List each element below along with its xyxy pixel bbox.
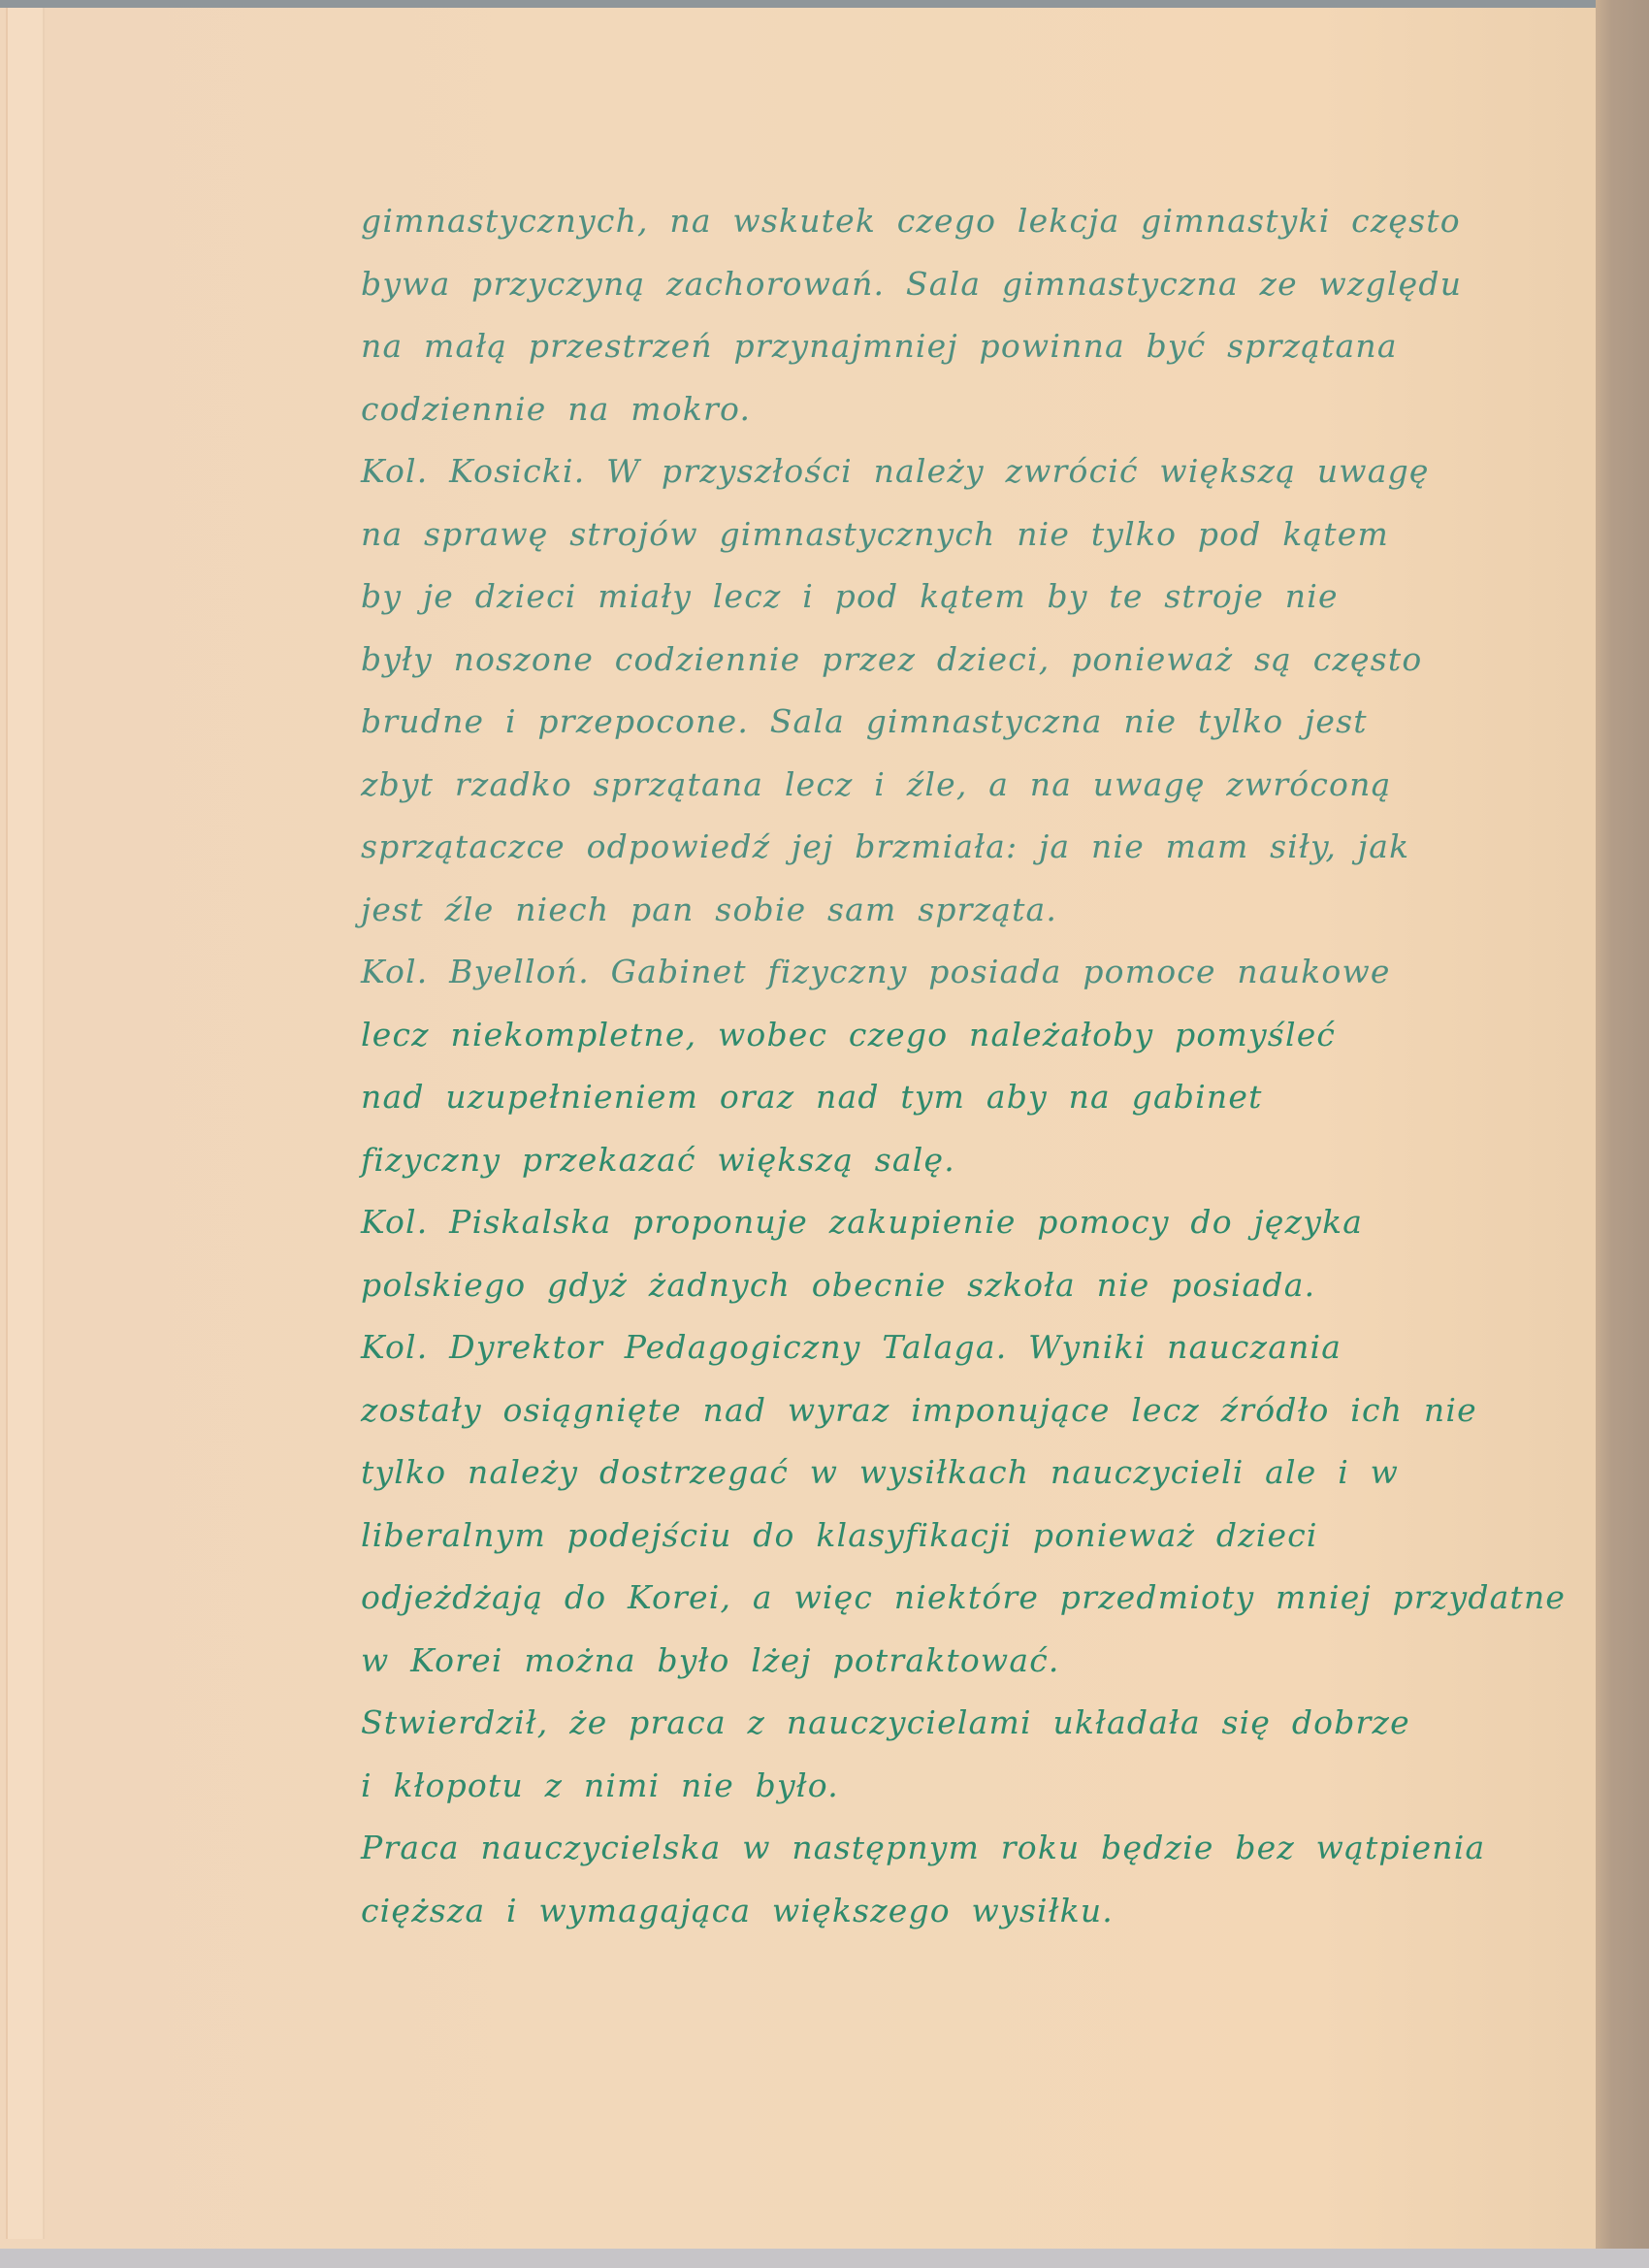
text-line: tylko należy dostrzegać w wysiłkach nauc… (361, 1442, 1602, 1505)
text-line: lecz niekompletne, wobec czego należałob… (361, 1004, 1602, 1067)
scan-bottom-edge (0, 2249, 1649, 2268)
notebook-page: gimnastycznych, na wskutek czego lekcja … (0, 0, 1649, 2249)
book-spine-shadow (1596, 0, 1649, 2268)
text-line: bywa przyczyną zachorowań. Sala gimnasty… (361, 253, 1602, 316)
text-line: na małą przestrzeń przynajmniej powinna … (361, 315, 1602, 378)
text-line: na sprawę strojów gimnastycznych nie tyl… (361, 503, 1602, 567)
text-line: by je dzieci miały lecz i pod kątem by t… (361, 566, 1602, 629)
text-line: Stwierdził, że praca z nauczycielami ukł… (361, 1692, 1602, 1755)
text-line: jest źle niech pan sobie sam sprząta. (361, 879, 1602, 942)
text-line: codziennie na mokro. (361, 378, 1602, 441)
text-line: sprzątaczce odpowiedź jej brzmiała: ja n… (361, 816, 1602, 879)
text-line: zostały osiągnięte nad wyraz imponujące … (361, 1379, 1602, 1442)
scan-top-edge (0, 0, 1649, 8)
text-line: odjeżdżają do Korei, a więc niektóre prz… (361, 1567, 1602, 1630)
text-line: były noszone codziennie przez dzieci, po… (361, 629, 1602, 692)
speaker-kosicki-line: Kol. Kosicki. W przyszłości należy zwróc… (361, 440, 1602, 503)
text-line: cięższa i wymagająca większego wysiłku. (361, 1880, 1602, 1943)
text-line: Praca nauczycielska w następnym roku będ… (361, 1817, 1602, 1880)
speaker-piskalska-line: Kol. Piskalska proponuje zakupienie pomo… (361, 1191, 1602, 1254)
text-line: fizyczny przekazać większą salę. (361, 1129, 1602, 1192)
speaker-byellon-line: Kol. Byelloń. Gabinet fizyczny posiada p… (361, 941, 1602, 1004)
text-line: gimnastycznych, na wskutek czego lekcja … (361, 190, 1602, 253)
speaker-talaga-line: Kol. Dyrektor Pedagogiczny Talaga. Wynik… (361, 1316, 1602, 1379)
text-line: polskiego gdyż żadnych obecnie szkoła ni… (361, 1254, 1602, 1317)
text-line: w Korei można było lżej potraktować. (361, 1630, 1602, 1693)
text-line: brudne i przepocone. Sala gimnastyczna n… (361, 691, 1602, 754)
handwritten-text-block: gimnastycznych, na wskutek czego lekcja … (361, 190, 1602, 1942)
text-line: i kłopotu z nimi nie było. (361, 1755, 1602, 1818)
page-left-edge (6, 8, 45, 2239)
text-line: liberalnym podejściu do klasyfikacji pon… (361, 1505, 1602, 1568)
text-line: zbyt rzadko sprzątana lecz i źle, a na u… (361, 754, 1602, 817)
text-line: nad uzupełnieniem oraz nad tym aby na ga… (361, 1066, 1602, 1129)
